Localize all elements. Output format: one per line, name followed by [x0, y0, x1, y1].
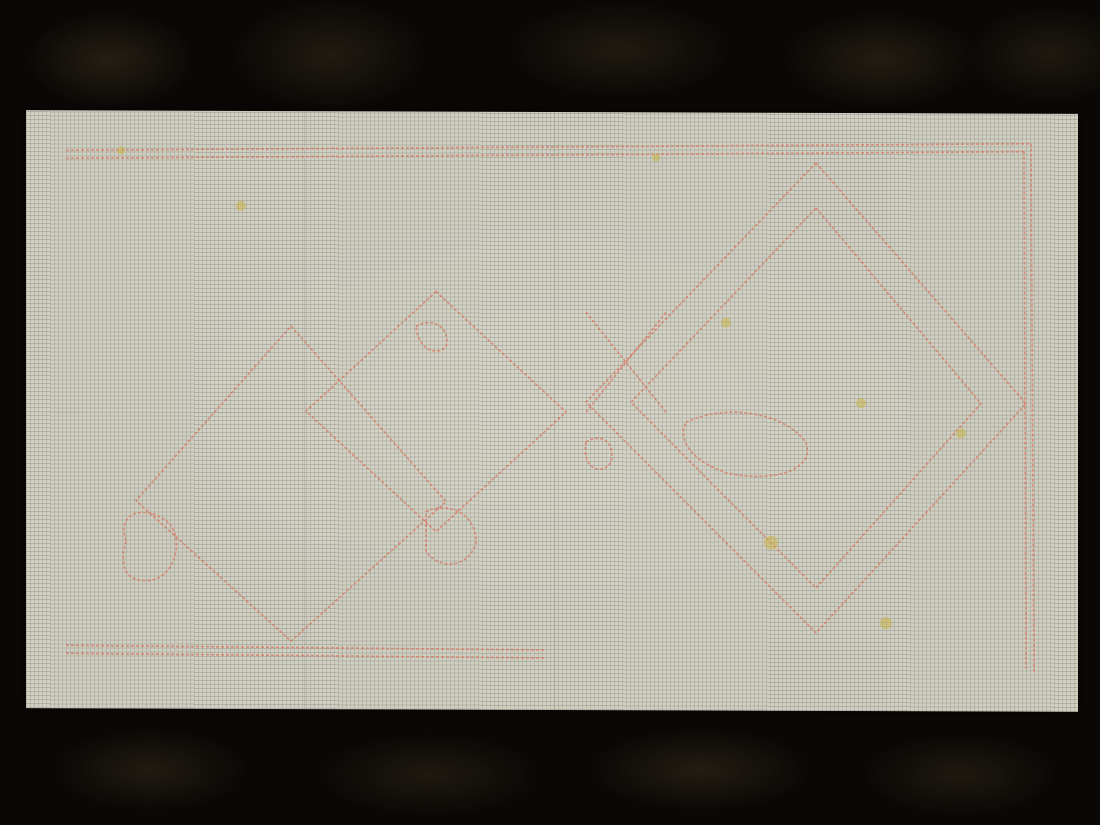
red-line-diagram	[26, 110, 1078, 712]
paper-sheet	[26, 110, 1078, 712]
